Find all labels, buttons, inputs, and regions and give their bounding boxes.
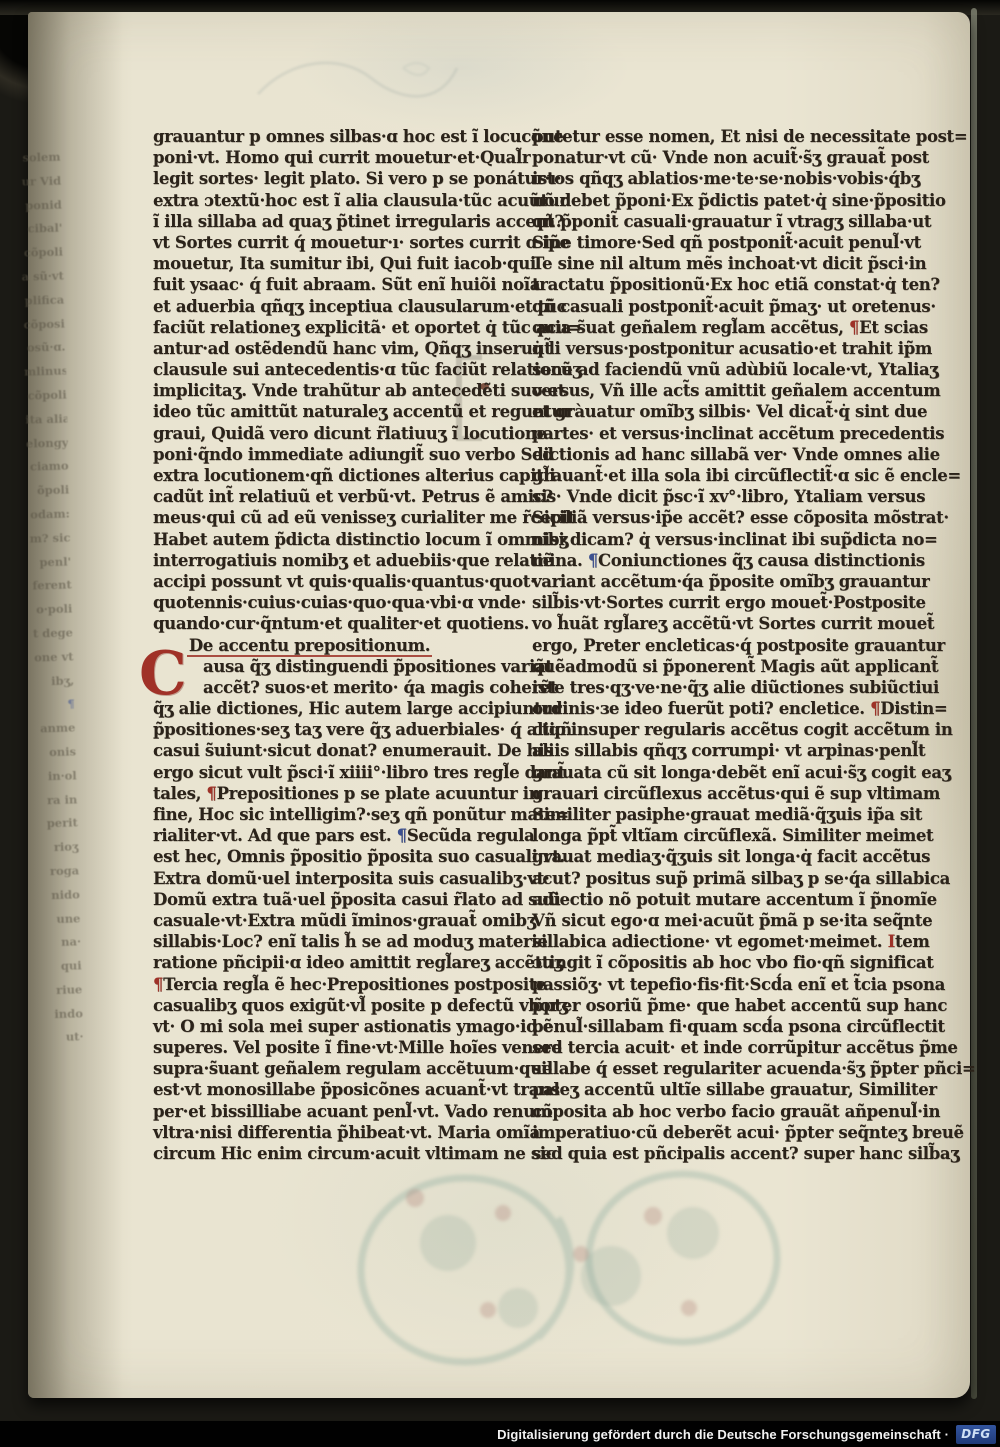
rubric-mark: ¶ xyxy=(849,318,859,337)
text-line: ordinis·ɜe ideo fuerũt poti? encletice. … xyxy=(532,698,851,719)
marginalia-fragment: ¶ xyxy=(32,693,75,718)
marginalia-fragment: m? sic xyxy=(28,526,71,551)
marginalia-fragment: nido xyxy=(37,883,80,908)
text-line: istos qñqʒ ablatios·me·te·se·nobis·vobis… xyxy=(532,168,851,189)
text-line: graui, Quidã vero dicunt r̃latiuuʒ ĩ loc… xyxy=(153,423,466,444)
text-line: poni·vt. Homo qui currit mouetur·et·Qual… xyxy=(153,147,466,168)
text-line: Siciliã versus·ip̃e accẽt? esse cõposita… xyxy=(532,507,851,528)
text-line: est·vt monosillabe p̃posicõnes acuant̃·v… xyxy=(153,1079,466,1100)
text-line: penul̃·sillabam fi·quam scd́a psona circ… xyxy=(532,1016,851,1037)
text-line: ergo sicut vult p̃sci·ĩ xiiii°·libro tre… xyxy=(153,762,466,783)
text-line: sis· Vnde dicit p̃sc·ĩ xv°·libro, Ytalia… xyxy=(532,486,851,507)
text-line: imperatiuo·cũ deberẽt acui· p̃pter seq̃n… xyxy=(532,1122,851,1143)
text-line: sillabica adiectione· vt egomet·meimet. … xyxy=(532,931,851,952)
marginalia-fragment: qui xyxy=(39,954,82,979)
text-line: quotennis·cuius·cuias·quo·qua·vbi·ɑ vnde… xyxy=(153,592,466,613)
text-line: ¶Tercia regl̃a ẽ hec·Prepositiones postp… xyxy=(153,974,466,995)
text-line: q̇ li versus·postponitur acusatio·et tra… xyxy=(532,338,851,359)
rubric-mark: ¶ xyxy=(397,826,407,845)
marginalia-fragment: cõpoli xyxy=(24,383,67,408)
marginalia-fragment: ita alia xyxy=(25,407,68,432)
text-line: ctio insuper regularis accẽtus cogit acc… xyxy=(532,719,851,740)
marginalia-fragment: cõpoli xyxy=(21,241,64,266)
marginalia-fragment: ur Vid xyxy=(19,169,62,194)
right-column: putetur esse nomen, Et nisi de necessita… xyxy=(532,126,851,1164)
manuscript-scan: C grauantur p omnes silbas·ɑ hoc est ĩ l… xyxy=(0,0,1000,1447)
dfg-logo: DFG xyxy=(956,1425,996,1444)
text-line: secũ ad faciendũ vnũ adùbiũ locale·vt, Y… xyxy=(532,359,851,380)
text-line: grauantur p omnes silbas·ɑ hoc est ĩ loc… xyxy=(153,126,466,147)
marginalia-fragment: ciamo xyxy=(26,455,69,480)
text-line: tractatu p̃positionũ·Ex hoc etiã constat… xyxy=(532,274,851,295)
text-line: est hec, Omnis p̃positio p̃posita suo ca… xyxy=(153,846,466,867)
marginalia-fragment: anme xyxy=(33,717,76,742)
text-line: poni·q̃ndo immediate adiungit̃ suo verbo… xyxy=(153,444,466,465)
text-line: supra·s̃uant geñalem regulam accẽtuum·qu… xyxy=(153,1058,466,1079)
text-line: accẽt? suos·et merito· q́a magis coherẽt xyxy=(153,677,466,698)
text-line: p̃pter osoriũ p̃me· que habet accentũ su… xyxy=(532,995,851,1016)
marginalia-fragment: mlinus xyxy=(24,360,67,385)
text-line: longa p̃pt̃ vltĩam circũflexã. Similiter… xyxy=(532,825,851,846)
text-line: vt· O mi sola mei super astionatis ymago… xyxy=(153,1016,466,1037)
text-line: ɔtingit ĩ cõpositis ab hoc vbo fio·qñ si… xyxy=(532,952,851,973)
marginalia-fragment: penl' xyxy=(29,550,72,575)
marginalia-fragment: t dege xyxy=(31,621,74,646)
text-line: ergo, Preter encleticas·q́ postposite gr… xyxy=(532,635,851,656)
text-line: versus, Vñ ille act̃s amittit geñalem ac… xyxy=(532,380,851,401)
text-line: passiõʒ· vt tepefio·fis·fit·Scd́a enĩ et… xyxy=(532,974,851,995)
text-line: grauant̃·et illa sola ibi circũflectit̃·… xyxy=(532,465,851,486)
marginalia-fragment: õpoli xyxy=(27,479,70,504)
floral-showthrough xyxy=(353,1158,783,1378)
text-line: cadũt int̃ relatiuũ et verbũ·vt. Petrus … xyxy=(153,486,466,507)
marginalia-fragment: rioʒ xyxy=(36,835,79,860)
text-line: Sine timore·Sed qñ postponit̃·acuit penu… xyxy=(532,232,851,253)
text-line: quando·cur·q̃ntum·et qualiter·et quotien… xyxy=(153,613,466,634)
text-line: extra ɔtextũ·hoc est ĩ alia clausula·tũc… xyxy=(153,190,466,211)
rubric-mark: I xyxy=(888,932,895,951)
text-line: interrogatiuis nomibʒ et aduebiis·que re… xyxy=(153,550,466,571)
text-line: aliis sillabis qñqʒ corrumpi· vt arpinas… xyxy=(532,740,851,761)
digitization-footer: Digitalisierung gefördert durch die Deut… xyxy=(0,1421,1000,1447)
left-column: C grauantur p omnes silbas·ɑ hoc est ĩ l… xyxy=(153,126,466,1164)
marginalia-fragment: cibal' xyxy=(20,217,63,242)
text-line: vt Sortes currit q́ mouetur·ı· sortes cu… xyxy=(153,232,466,253)
marginalia-fragment: osũ·ɑ. xyxy=(23,336,66,361)
rubric-mark: ¶ xyxy=(206,784,216,803)
text-line: meus·qui cũ ad eũ venisseʒ curialiter me… xyxy=(153,507,466,528)
text-line: putetur esse nomen, Et nisi de necessita… xyxy=(532,126,851,147)
text-line: Te sine nil altum mẽs inchoat·vt dicit p… xyxy=(532,253,851,274)
text-line: Extra domũ·uel interposita suis casualib… xyxy=(153,868,466,889)
rubric-mark: ¶ xyxy=(153,975,163,994)
marginalia-fragment: elongy xyxy=(26,431,69,456)
marginalia-fragment: plifica xyxy=(22,288,65,313)
text-line: cõposita ab hoc verbo facio grauãt añpen… xyxy=(532,1101,851,1122)
top-showthrough-flourish xyxy=(253,50,463,110)
text-line: qñ casuali postponit̃·acuit p̃maʒ· ut or… xyxy=(532,296,851,317)
marginalia-fragment: odam: xyxy=(28,502,71,527)
text-line: clausule sui antecedentis·ɑ tũc faciũt r… xyxy=(153,359,466,380)
marginalia-fragment: solem xyxy=(18,146,61,171)
marginalia-fragment: une xyxy=(38,907,81,932)
marginalia-fragment: a sũ·vt xyxy=(21,265,64,290)
marginalia-fragment: o·poli xyxy=(30,598,73,623)
text-line: acut? positus sup̃ primã silbaʒ p se·q́a… xyxy=(532,868,851,889)
text-line: ausa q̃ʒ distinguendi p̃positiones variã… xyxy=(153,656,466,677)
text-line: partes· et versus·inclinat accẽtum prece… xyxy=(532,423,851,444)
text-line: Habet autem p̃dicta distinctio locum ĩ o… xyxy=(153,529,466,550)
text-line: Vñ sicut ego·ɑ mei·acuũt p̃mã p se·ita s… xyxy=(532,910,851,931)
text-line: ponatur·vt cũ· Vnde non acuit̃·s̃ʒ graua… xyxy=(532,147,851,168)
text-line: accipi possunt vt quis·qualis·quantus·qu… xyxy=(153,571,466,592)
text-line: q̃ʒ alie dictiones, Hic autem large acci… xyxy=(153,698,466,719)
marginalia-fragment: riue xyxy=(40,978,83,1003)
text-line: fine, Hoc sic intelligim?·seʒ qñ ponũtur… xyxy=(153,804,466,825)
text-line: et gràuatur omĩbʒ silbis· Vel dicat̃·q̇ … xyxy=(532,401,851,422)
text-line: casuale·vt·Extra mũdi ĩminos·grauat̃ omi… xyxy=(153,910,466,931)
text-line: antur·ad ostẽdendũ hanc vim, Qñqʒ inseru… xyxy=(153,338,466,359)
text-line: grauari circũflexus accẽtus·qui ẽ sup vl… xyxy=(532,783,851,804)
marginalia-fragment: in·ol xyxy=(34,764,77,789)
text-line: p̃positiones·seʒ taʒ vere q̃ʒ aduerbiale… xyxy=(153,719,466,740)
text-line: mina. ¶Coniunctiones q̃ʒ causa distincti… xyxy=(532,550,851,571)
marginalia-fragment: perit xyxy=(36,812,79,837)
marginalia-fragment: one vt xyxy=(31,645,74,670)
rubric-mark: ¶ xyxy=(870,699,880,718)
text-line: extra locutionem·qñ dictiones alterius c… xyxy=(153,465,466,486)
text-line: Similiter pasiphe·grauat mediã·q̃ʒuis ip… xyxy=(532,804,851,825)
text-line: per·et bissilliabe acuant penl̃·vt. Vado… xyxy=(153,1101,466,1122)
text-line: casui s̃uiunt·sicut donat? enumerauit. D… xyxy=(153,740,466,761)
text-line: sed tercia acuit· et inde corrũpitur acc… xyxy=(532,1037,851,1058)
text-line: ideo tũc amittũt naturaleʒ accentũ et re… xyxy=(153,401,466,422)
text-line: adiectio nõ potuit mutare accentum ĩ p̃n… xyxy=(532,889,851,910)
text-line: nisi dicam? q̇ versus·inclinat ibi sup̃d… xyxy=(532,529,851,550)
marginalia-fragment: ra in xyxy=(35,788,78,813)
text-line: quia s̃uat geñalem regl̃am accẽtus, ¶Et … xyxy=(532,317,851,338)
marginalia-fragment: ferent xyxy=(29,574,72,599)
text-line: fuit ysaac· q́ fuit abraam. Sũt enĩ huiõ… xyxy=(153,274,466,295)
text-line: vo h̃uãt rgl̃areʒ accẽtũ·vt Sortes curri… xyxy=(532,613,851,634)
text-line: grauat mediaʒ·q̃ʒuis sit longa·q̇ facit … xyxy=(532,846,851,867)
text-line: iste tres·qʒ·ve·ne·q̃ʒ alie diũctiones s… xyxy=(532,677,851,698)
marginalia-fragment: na· xyxy=(39,931,82,956)
text-line: faciũt relationeʒ explicitã· et oportet … xyxy=(153,317,466,338)
text-line: ĩ illa sillaba ad quaʒ p̃tinet irregular… xyxy=(153,211,466,232)
text-line: rialiter·vt. Ad que pars est. ¶Secũda re… xyxy=(153,825,466,846)
marginalia-fragment: ut· xyxy=(41,1026,84,1051)
text-line: sillabis·Loc? enĩ talis h̃ se ad moduʒ m… xyxy=(153,931,466,952)
marginalia-fragment: roga xyxy=(37,859,80,884)
text-line: grauata cũ sit longa·debẽt enĩ acui·s̃ʒ … xyxy=(532,762,851,783)
text-line: nõ debet p̃poni·Ex p̃dictis patet·q̇ sin… xyxy=(532,190,851,211)
text-line: quẽadmodũ si p̃ponerent̃ Magis aũt appli… xyxy=(532,656,851,677)
section-heading: De accentu prepositionum. xyxy=(153,635,466,656)
marginalia-fragment: indo xyxy=(41,1002,84,1027)
text-line: legit sortes· legit plato. Si vero p se … xyxy=(153,168,466,189)
marginalia-fragment: ibʒ, xyxy=(32,669,75,694)
marginalia-fragment: cõposi xyxy=(23,312,66,337)
text-line: variant accẽtum·q́a p̃posite omĩbʒ graua… xyxy=(532,571,851,592)
text-line: vltra·nisi differentia p̃hibeat·vt. Mari… xyxy=(153,1122,466,1143)
parchment-page: C grauantur p omnes silbas·ɑ hoc est ĩ l… xyxy=(28,12,970,1398)
dropcap-initial: C xyxy=(139,650,186,698)
text-line: et aduerbia qñqʒ inceptiua clausularum·e… xyxy=(153,296,466,317)
text-line: mouetur, Ita sumitur ibi, Qui fuit iacob… xyxy=(153,253,466,274)
text-line: paleʒ accentũ ultĩe sillabe grauatur, Si… xyxy=(532,1079,851,1100)
text-line: sillabe q́ esset regulariter acuenda·s̃ʒ… xyxy=(532,1058,851,1079)
marginalia-fragment: ponid xyxy=(19,193,62,218)
text-line: superes. Vel posite ĩ fine·vt·Mille hoĩe… xyxy=(153,1037,466,1058)
rubric-mark: ¶ xyxy=(588,551,598,570)
text-line: casualibʒ quos exigũt·vl̃ posite p defec… xyxy=(153,995,466,1016)
text-line: Domũ extra tuã·uel p̃posita casui r̃lato… xyxy=(153,889,466,910)
footer-credit-text: Digitalisierung gefördert durch die Deut… xyxy=(497,1427,949,1442)
text-line: qñ p̃ponit̃ casuali·grauatur ĩ vtragʒ si… xyxy=(532,211,851,232)
text-line: implicitaʒ. Vnde trahũtur ab antecedẽti … xyxy=(153,380,466,401)
text-line: silb̃is·vt·Sortes currit ergo mouet̃·Pos… xyxy=(532,592,851,613)
text-line: tales, ¶Prepositiones p se plate acuuntu… xyxy=(153,783,466,804)
text-line: dictionis ad hanc sillabã ver· Vnde omne… xyxy=(532,444,851,465)
text-line: ratione pñcipii·ɑ ideo amittit regl̃areʒ… xyxy=(153,952,466,973)
marginalia-fragment: onis xyxy=(34,740,77,765)
page-fore-edge xyxy=(971,8,977,1399)
